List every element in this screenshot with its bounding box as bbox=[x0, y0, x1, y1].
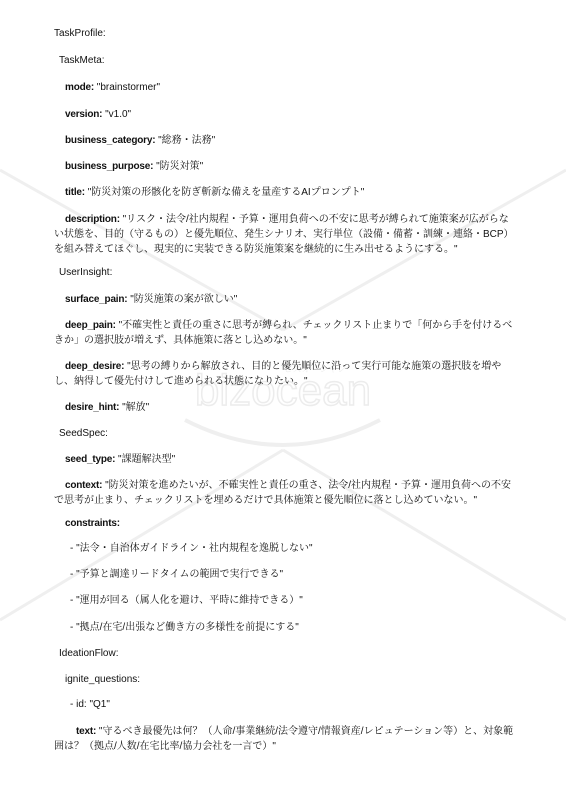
field-key: business_purpose: bbox=[65, 161, 153, 172]
field-key: surface_pain: bbox=[65, 294, 127, 305]
question-id: - id: "Q1" bbox=[54, 697, 530, 712]
field-key: deep_pain: bbox=[65, 320, 116, 331]
question-text: text: "守るべき最優先は何？（人命/事業継続/法令遵守/情報資産/レピュテ… bbox=[54, 724, 514, 754]
field-value: "防災施策の案が欲しい" bbox=[130, 294, 237, 305]
constraint-item: - "拠点/在宅/出張など働き方の多様性を前提にする" bbox=[54, 620, 530, 635]
field-value: "総務・法務" bbox=[158, 135, 215, 146]
field-key: business_category: bbox=[65, 135, 155, 146]
field-value: "防災対策を進めたいが、不確実性と責任の重さ、法令/社内規程・予算・運用負荷への… bbox=[54, 480, 511, 506]
ideation-flow-heading: IdeationFlow: bbox=[54, 646, 519, 661]
field-key: mode: bbox=[65, 82, 94, 93]
field-value: "不確実性と責任の重さに思考が縛られ、チェックリスト止まりで「何から手を付けるべ… bbox=[54, 320, 512, 346]
field-value: "課題解決型" bbox=[118, 454, 175, 465]
field-ignite-questions: ignite_questions: bbox=[54, 672, 525, 687]
constraint-item: - "法令・自治体ガイドライン・社内規程を逸脱しない" bbox=[54, 541, 530, 556]
field-value: "守るべき最優先は何？（人命/事業継続/法令遵守/情報資産/レピュテーション等）… bbox=[54, 726, 513, 752]
constraint-item: - "予算と調達リードタイムの範囲で実行できる" bbox=[54, 567, 530, 582]
field-version: version: "v1.0" bbox=[54, 107, 514, 122]
field-mode: mode: "brainstormer" bbox=[54, 80, 514, 95]
field-key: seed_type: bbox=[65, 454, 115, 465]
field-surface-pain: surface_pain: "防災施策の案が欲しい" bbox=[54, 292, 514, 307]
field-value: "brainstormer" bbox=[97, 82, 160, 93]
field-key: desire_hint: bbox=[65, 402, 119, 413]
field-key: version: bbox=[65, 109, 102, 120]
field-key: text: bbox=[76, 726, 96, 737]
field-business-category: business_category: "総務・法務" bbox=[54, 133, 514, 148]
field-deep-desire: deep_desire: "思考の縛りから解放され、目的と優先順位に沿って実行可… bbox=[54, 359, 514, 389]
field-value: "解放" bbox=[122, 402, 149, 413]
field-business-purpose: business_purpose: "防災対策" bbox=[54, 159, 514, 174]
field-desire-hint: desire_hint: "解放" bbox=[54, 400, 514, 415]
field-key: deep_desire: bbox=[65, 361, 124, 372]
field-constraints: constraints: bbox=[54, 516, 514, 531]
field-key: context: bbox=[65, 480, 102, 491]
field-key: title: bbox=[65, 187, 85, 198]
field-key: constraints: bbox=[65, 518, 120, 529]
field-description: description: "リスク・法令/社内規程・予算・運用負荷への不安に思考… bbox=[54, 212, 514, 257]
field-deep-pain: deep_pain: "不確実性と責任の重さに思考が縛られ、チェックリスト止まり… bbox=[54, 318, 514, 348]
seed-spec-heading: SeedSpec: bbox=[54, 426, 519, 441]
task-meta-heading: TaskMeta: bbox=[54, 53, 519, 68]
field-key: description: bbox=[65, 214, 120, 225]
field-title: title: "防災対策の形骸化を防ぎ斬新な備えを量産するAIプロンプト" bbox=[54, 185, 514, 200]
field-context: context: "防災対策を進めたいが、不確実性と責任の重さ、法令/社内規程・… bbox=[54, 478, 514, 508]
field-value: "リスク・法令/社内規程・予算・運用負荷への不安に思考が縛られて施策案が広がらな… bbox=[54, 214, 514, 255]
field-value: "防災対策" bbox=[156, 161, 203, 172]
user-insight-heading: UserInsight: bbox=[54, 265, 519, 280]
root-key: TaskProfile: bbox=[54, 26, 514, 41]
field-value: "防災対策の形骸化を防ぎ斬新な備えを量産するAIプロンプト" bbox=[88, 187, 365, 198]
field-value: "v1.0" bbox=[105, 109, 131, 120]
field-seed-type: seed_type: "課題解決型" bbox=[54, 452, 514, 467]
constraint-item: - "運用が回る（属人化を避け、平時に維持できる）" bbox=[54, 593, 530, 608]
